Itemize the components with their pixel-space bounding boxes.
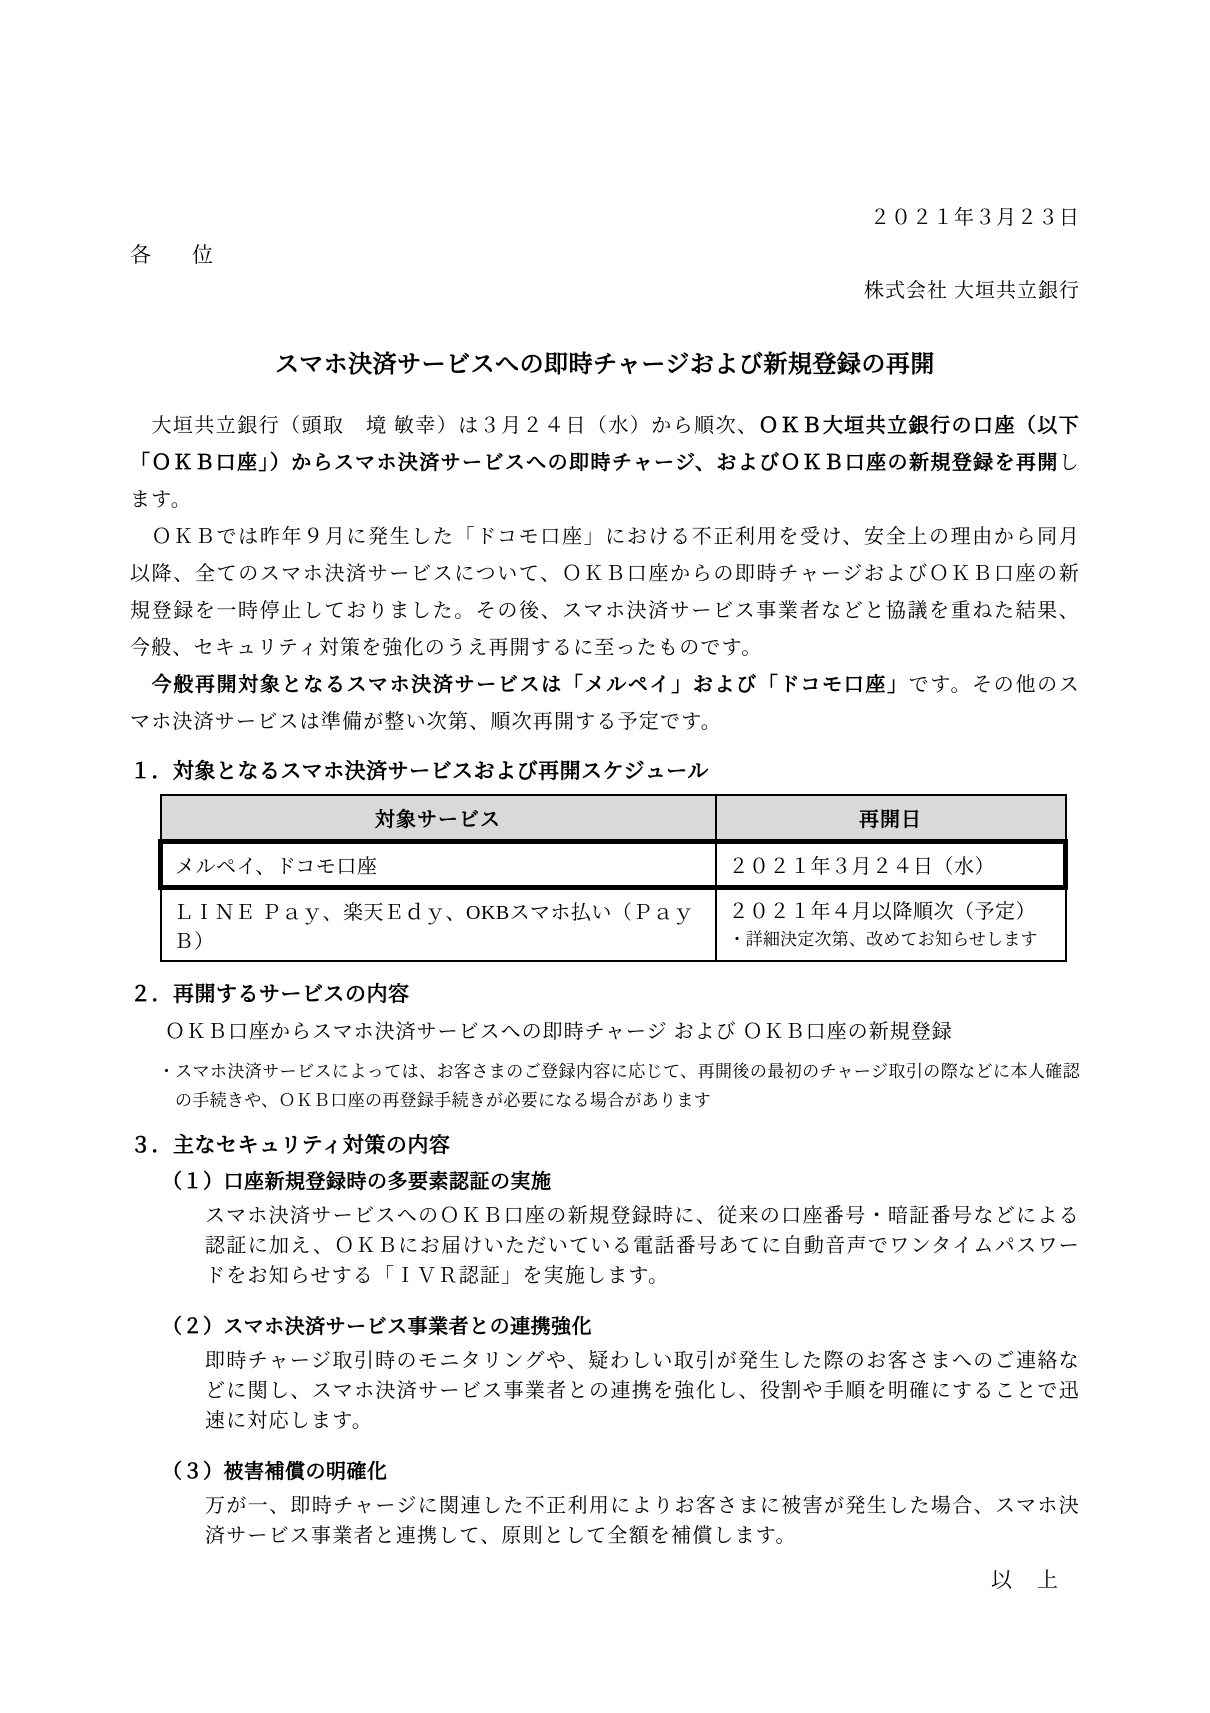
text-segment-bold: 今般再開対象となるスマホ決済サービスは「メルペイ」および「ドコモ口座」: [152, 674, 909, 696]
schedule-table: 対象サービス 再開日 メルペイ、ドコモ口座 ２０２１年３月２４日（水） ＬＩＮＥ…: [158, 794, 1068, 962]
cell-restart-date-1: ２０２１年３月２４日（水）: [716, 842, 1066, 888]
security-item-2-heading: （２）スマホ決済サービス事業者との連携強化: [162, 1313, 1080, 1341]
closing-mark: 以 上: [130, 1565, 1080, 1595]
security-item-3-body: 万が一、即時チャージに関連した不正利用によりお客さまに被害が発生した場合、スマホ…: [205, 1491, 1080, 1551]
document-title: スマホ決済サービスへの即時チャージおよび新規登録の再開: [130, 348, 1080, 382]
table-row: ＬＩＮＥ Ｐａｙ、楽天Ｅｄｙ、OKBスマホ払い（ＰａｙＢ） ２０２１年４月以降順…: [161, 888, 1066, 962]
cell-service-2: ＬＩＮＥ Ｐａｙ、楽天Ｅｄｙ、OKBスマホ払い（ＰａｙＢ）: [161, 888, 716, 962]
paragraph-1: 大垣共立銀行（頭取 境 敏幸）は３月２４日（水）から順次、ＯＫＢ大垣共立銀行の口…: [130, 408, 1080, 519]
column-header-service: 対象サービス: [161, 795, 716, 842]
restart-date-note: ・詳細決定次第、改めてお知らせします: [729, 927, 1053, 953]
cell-restart-date-2: ２０２１年４月以降順次（予定） ・詳細決定次第、改めてお知らせします: [716, 888, 1066, 962]
security-item-1-body: スマホ決済サービスへのＯＫＢ口座の新規登録時に、従来の口座番号・暗証番号などによ…: [205, 1201, 1080, 1291]
security-item-1: （１）口座新規登録時の多要素認証の実施 スマホ決済サービスへのＯＫＢ口座の新規登…: [130, 1168, 1080, 1291]
paragraph-3: 今般再開対象となるスマホ決済サービスは「メルペイ」および「ドコモ口座」です。その…: [130, 667, 1080, 741]
document-page: ２０２１年３月２３日 各 位 株式会社 大垣共立銀行 スマホ決済サービスへの即時…: [0, 0, 1210, 1713]
intro-paragraphs: 大垣共立銀行（頭取 境 敏幸）は３月２４日（水）から順次、ＯＫＢ大垣共立銀行の口…: [130, 408, 1080, 741]
paragraph-2: ＯＫＢでは昨年９月に発生した「ドコモ口座」における不正利用を受け、安全上の理由か…: [130, 519, 1080, 667]
cell-service-1: メルペイ、ドコモ口座: [161, 842, 716, 888]
text-segment: 大垣共立銀行（頭取 境 敏幸）は３月２４日（水）から順次、: [130, 415, 759, 437]
table-header-row: 対象サービス 再開日: [161, 795, 1066, 842]
section-3: ３．主なセキュリティ対策の内容 （１）口座新規登録時の多要素認証の実施 スマホ決…: [130, 1131, 1080, 1551]
section-3-heading: ３．主なセキュリティ対策の内容: [130, 1131, 1080, 1160]
section-2-note: ・スマホ決済サービスによっては、お客さまのご登録内容に応じて、再開後の最初のチャ…: [158, 1057, 1080, 1115]
section-2: ２．再開するサービスの内容 ＯＫＢ口座からスマホ決済サービスへの即時チャージ お…: [130, 980, 1080, 1115]
table-row-emphasized: メルペイ、ドコモ口座 ２０２１年３月２４日（水）: [161, 842, 1066, 888]
section-2-heading: ２．再開するサービスの内容: [130, 980, 1080, 1009]
column-header-restart-date: 再開日: [716, 795, 1066, 842]
section-2-body: ＯＫＢ口座からスマホ決済サービスへの即時チャージ および ＯＫＢ口座の新規登録: [165, 1017, 1080, 1047]
salutation: 各 位: [130, 241, 1080, 270]
section-1: １．対象となるスマホ決済サービスおよび再開スケジュール 対象サービス 再開日 メ…: [130, 757, 1080, 962]
section-1-heading: １．対象となるスマホ決済サービスおよび再開スケジュール: [130, 757, 1080, 786]
security-item-3: （３）被害補償の明確化 万が一、即時チャージに関連した不正利用によりお客さまに被…: [130, 1458, 1080, 1551]
security-item-2: （２）スマホ決済サービス事業者との連携強化 即時チャージ取引時のモニタリングや、…: [130, 1313, 1080, 1436]
text-segment: ＯＫＢでは昨年９月に発生した「ドコモ口座」における不正利用を受け、安全上の理由か…: [130, 526, 1080, 659]
text-segment: [130, 674, 152, 696]
security-item-2-body: 即時チャージ取引時のモニタリングや、疑わしい取引が発生した際のお客さまへのご連絡…: [205, 1346, 1080, 1436]
security-item-3-heading: （３）被害補償の明確化: [162, 1458, 1080, 1486]
company-name: 株式会社 大垣共立銀行: [130, 278, 1080, 304]
restart-date-main: ２０２１年４月以降順次（予定）: [729, 897, 1053, 927]
security-item-1-heading: （１）口座新規登録時の多要素認証の実施: [162, 1168, 1080, 1196]
document-date: ２０２１年３月２３日: [130, 205, 1080, 231]
